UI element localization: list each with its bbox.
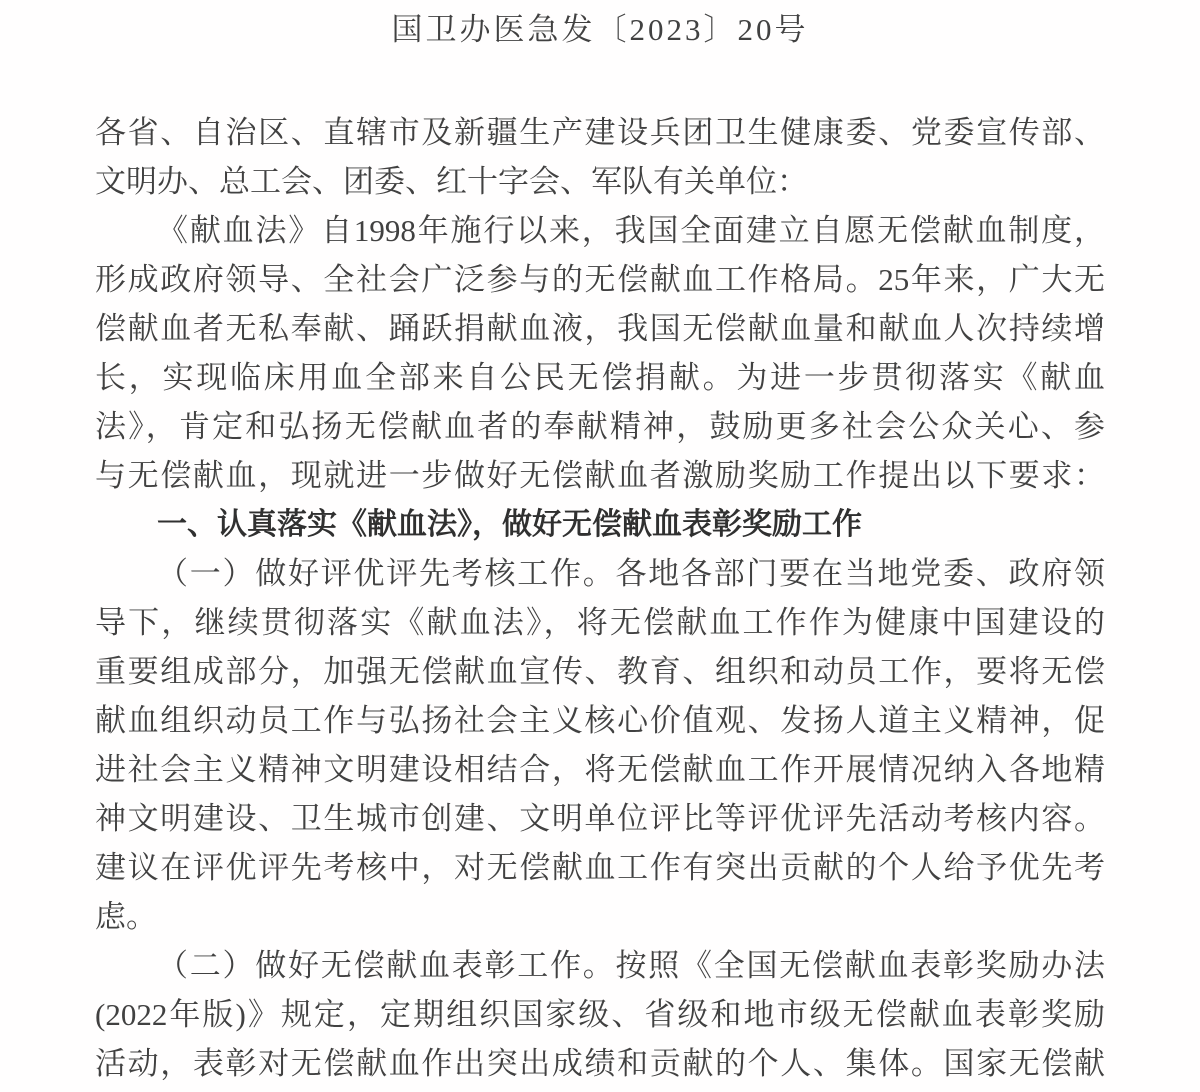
text-line: （一）做好评优评先考核工作。各地各部门要在当地党委、政府领 <box>95 549 1105 598</box>
text-line: (2022年版)》规定，定期组织国家级、省级和地市级无偿献血表彰奖励 <box>95 990 1105 1039</box>
text-line: 献血组织动员工作与弘扬社会主义核心价值观、发扬人道主义精神，促 <box>95 696 1105 745</box>
text-line: 进社会主义精神文明建设相结合，将无偿献血工作开展情况纳入各地精 <box>95 745 1105 794</box>
text-line: 各省、自治区、直辖市及新疆生产建设兵团卫生健康委、党委宣传部、 <box>95 108 1105 157</box>
text-line: （二）做好无偿献血表彰工作。按照《全国无偿献血表彰奖励办法 <box>95 941 1105 990</box>
doc-number: 国卫办医急发〔2023〕20号 <box>0 5 1200 54</box>
text-line: 虑。 <box>95 892 1105 941</box>
text-line: 长，实现临床用血全部来自公民无偿捐献。为进一步贯彻落实《献血 <box>95 353 1105 402</box>
document-body: 各省、自治区、直辖市及新疆生产建设兵团卫生健康委、党委宣传部、 文明办、总工会、… <box>95 108 1105 1088</box>
text-line: 重要组成部分，加强无偿献血宣传、教育、组织和动员工作，要将无偿 <box>95 647 1105 696</box>
text-line: 建议在评优评先考核中，对无偿献血工作有突出贡献的个人给予优先考 <box>95 843 1105 892</box>
section-heading: 一、认真落实《献血法》，做好无偿献血表彰奖励工作 <box>95 500 1105 549</box>
text-line: 《献血法》自1998年施行以来，我国全面建立自愿无偿献血制度， <box>95 206 1105 255</box>
text-line: 导下，继续贯彻落实《献血法》，将无偿献血工作作为健康中国建设的 <box>95 598 1105 647</box>
text-line: 偿献血者无私奉献、踊跃捐献血液，我国无偿献血量和献血人次持续增 <box>95 304 1105 353</box>
text-line: 与无偿献血，现就进一步做好无偿献血者激励奖励工作提出以下要求： <box>95 451 1105 500</box>
text-line: 文明办、总工会、团委、红十字会、军队有关单位： <box>95 157 1105 206</box>
text-line: 神文明建设、卫生城市创建、文明单位评比等评优评先活动考核内容。 <box>95 794 1105 843</box>
text-line: 形成政府领导、全社会广泛参与的无偿献血工作格局。25年来，广大无 <box>95 255 1105 304</box>
document-page: 国卫办医急发〔2023〕20号 各省、自治区、直辖市及新疆生产建设兵团卫生健康委… <box>0 0 1200 1092</box>
text-line: 法》，肯定和弘扬无偿献血者的奉献精神，鼓励更多社会公众关心、参 <box>95 402 1105 451</box>
text-line: 活动，表彰对无偿献血作出突出成绩和贡献的个人、集体。国家无偿献 <box>95 1039 1105 1088</box>
